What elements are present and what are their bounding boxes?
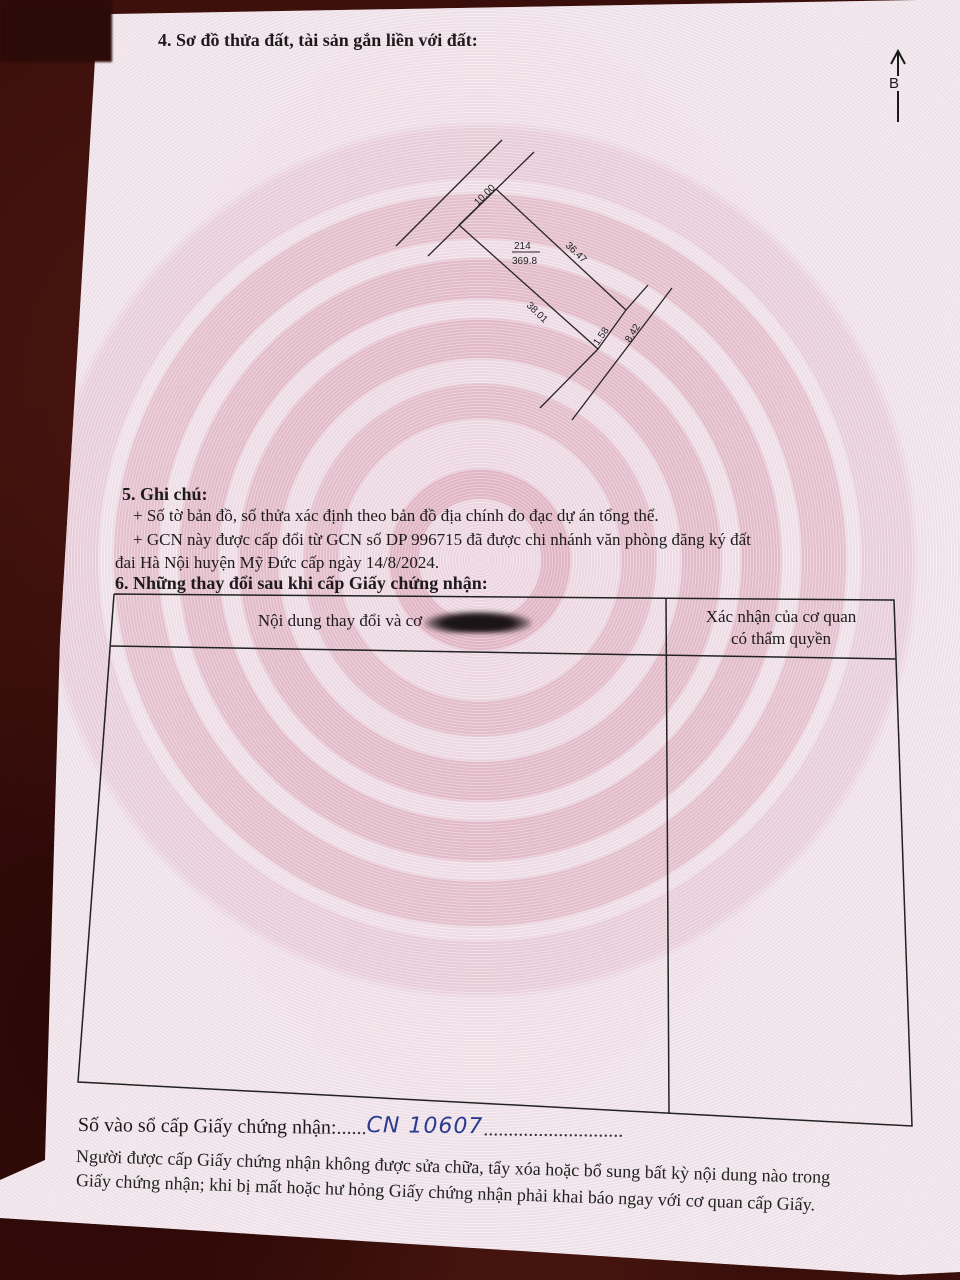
column-header-content-label: Nội dung thay đổi và cơ (258, 611, 422, 630)
section-5-title: 5. Ghi chú: (122, 484, 208, 505)
section-6-title: 6. Những thay đổi sau khi cấp Giấy chứng… (115, 573, 488, 594)
leader-dots-trailing: ............................ (483, 1118, 623, 1141)
column-header-confirmation: Xác nhận của cơ quan có thẩm quyền (672, 606, 890, 650)
note-line-1: + Số tờ bản đồ, số thửa xác định theo bả… (133, 506, 659, 526)
leader-dots: ...... (336, 1117, 366, 1139)
registration-value: CN 10607 (366, 1113, 483, 1139)
registration-label: Số vào sổ cấp Giấy chứng nhận: (78, 1114, 337, 1139)
column-header-content: Nội dung thay đổi và cơ (230, 610, 560, 633)
redacted-text (424, 611, 532, 633)
section-4-title: 4. Sơ đồ thửa đất, tài sản gắn liền với … (158, 30, 478, 51)
note-line-2: + GCN này được cấp đổi từ GCN số DP 9967… (133, 530, 751, 550)
column-header-confirmation-line1: Xác nhận của cơ quan (672, 606, 890, 628)
north-label: B (889, 76, 899, 91)
redacted-watermark (0, 0, 112, 62)
column-header-confirmation-line2: có thẩm quyền (672, 628, 890, 650)
note-line-3: đai Hà Nội huyện Mỹ Đức cấp ngày 14/8/20… (115, 553, 439, 573)
